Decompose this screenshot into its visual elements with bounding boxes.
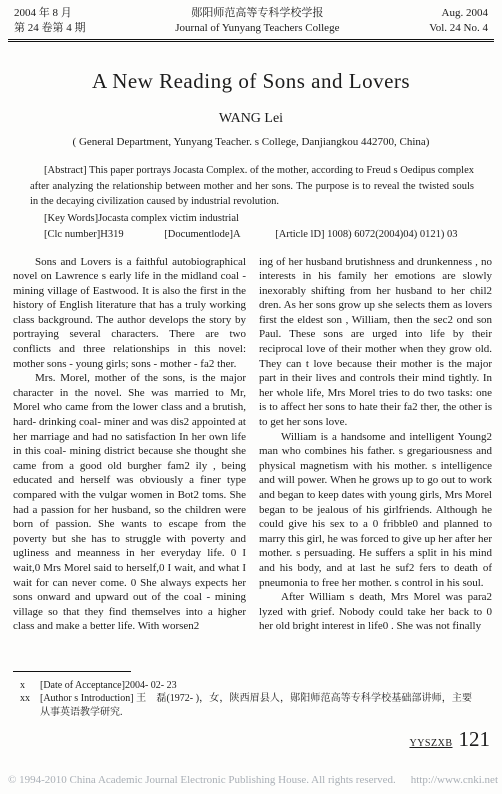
body-paragraph: Sons and Lovers is a faithful autobiogra… <box>13 255 246 372</box>
journal-page: 2004 年 8 月 第 24 卷第 4 期 郧阳师范高等专科学校学报 Jour… <box>0 0 502 794</box>
author-affiliation: ( General Department, Yunyang Teacher. s… <box>0 136 502 148</box>
journal-date-cn: 2004 年 8 月 <box>14 6 86 21</box>
journal-volume-en: Vol. 24 No. 4 <box>429 21 488 36</box>
journal-title-en: Journal of Yunyang Teachers College <box>175 21 339 36</box>
paper-title: A New Reading of Sons and Lovers <box>0 69 502 94</box>
body-paragraph: William is a handsome and intelligent Yo… <box>259 430 492 591</box>
running-head-right: Aug. 2004 Vol. 24 No. 4 <box>429 6 488 36</box>
author-name: WANG Lei <box>0 111 502 127</box>
footnote-marker: x <box>20 679 25 693</box>
body-paragraph: Mrs. Morel, mother of the sons, is the m… <box>13 371 246 634</box>
article-id: [Article lD] 1008) 6072(2004)04) 0121) 0… <box>275 229 457 240</box>
body-paragraph: After William s death, Mrs Morel was par… <box>259 590 492 634</box>
footnote-author-intro: xx [Author s Introduction] 王 磊(1972- )，女… <box>13 692 502 719</box>
cnki-footer: © 1994-2010 China Academic Journal Elect… <box>8 774 498 786</box>
keywords-text: [Key Words]Jocasta complex victim indust… <box>30 211 474 227</box>
page-number: 121 <box>459 727 491 752</box>
body-column-left: Sons and Lovers is a faithful autobiogra… <box>13 255 246 667</box>
abstract-text: [Abstract] This paper portrays Jocasta C… <box>30 163 474 210</box>
running-head: 2004 年 8 月 第 24 卷第 4 期 郧阳师范高等专科学校学报 Jour… <box>0 0 502 36</box>
footnote-block: x [Date of Acceptance]2004- 02- 23 xx [A… <box>13 671 502 720</box>
copyright-text: © 1994-2010 China Academic Journal Elect… <box>8 774 396 786</box>
journal-code: YYSZXB <box>409 738 452 749</box>
footnote-author-intro-text: [Author s Introduction] 王 磊(1972- )，女，陕西… <box>40 693 472 718</box>
body-columns: Sons and Lovers is a faithful autobiogra… <box>13 255 492 667</box>
journal-title-cn: 郧阳师范高等专科学校学报 <box>175 6 339 21</box>
footnote-acceptance-text: [Date of Acceptance]2004- 02- 23 <box>40 680 177 691</box>
footnote-separator <box>13 671 131 672</box>
running-head-center: 郧阳师范高等专科学校学报 Journal of Yunyang Teachers… <box>175 6 339 36</box>
journal-date-en: Aug. 2004 <box>429 6 488 21</box>
header-double-rule <box>8 39 494 42</box>
body-paragraph: ing of her husband brutishness and drunk… <box>259 255 492 430</box>
body-column-right: ing of her husband brutishness and drunk… <box>259 255 492 667</box>
page-number-row: YYSZXB 121 <box>409 727 490 752</box>
clc-number: [Clc number]H319 <box>44 229 124 240</box>
footnote-acceptance: x [Date of Acceptance]2004- 02- 23 <box>13 679 502 693</box>
clc-line: [Clc number]H319 [Documentlode]A [Articl… <box>30 227 474 243</box>
meta-block: [Abstract] This paper portrays Jocasta C… <box>30 163 474 243</box>
site-url: http://www.cnki.net <box>411 774 498 786</box>
document-code: [Documentlode]A <box>164 229 240 240</box>
journal-volume-cn: 第 24 卷第 4 期 <box>14 21 86 36</box>
running-head-left: 2004 年 8 月 第 24 卷第 4 期 <box>14 6 86 36</box>
footnote-marker: xx <box>20 692 30 706</box>
